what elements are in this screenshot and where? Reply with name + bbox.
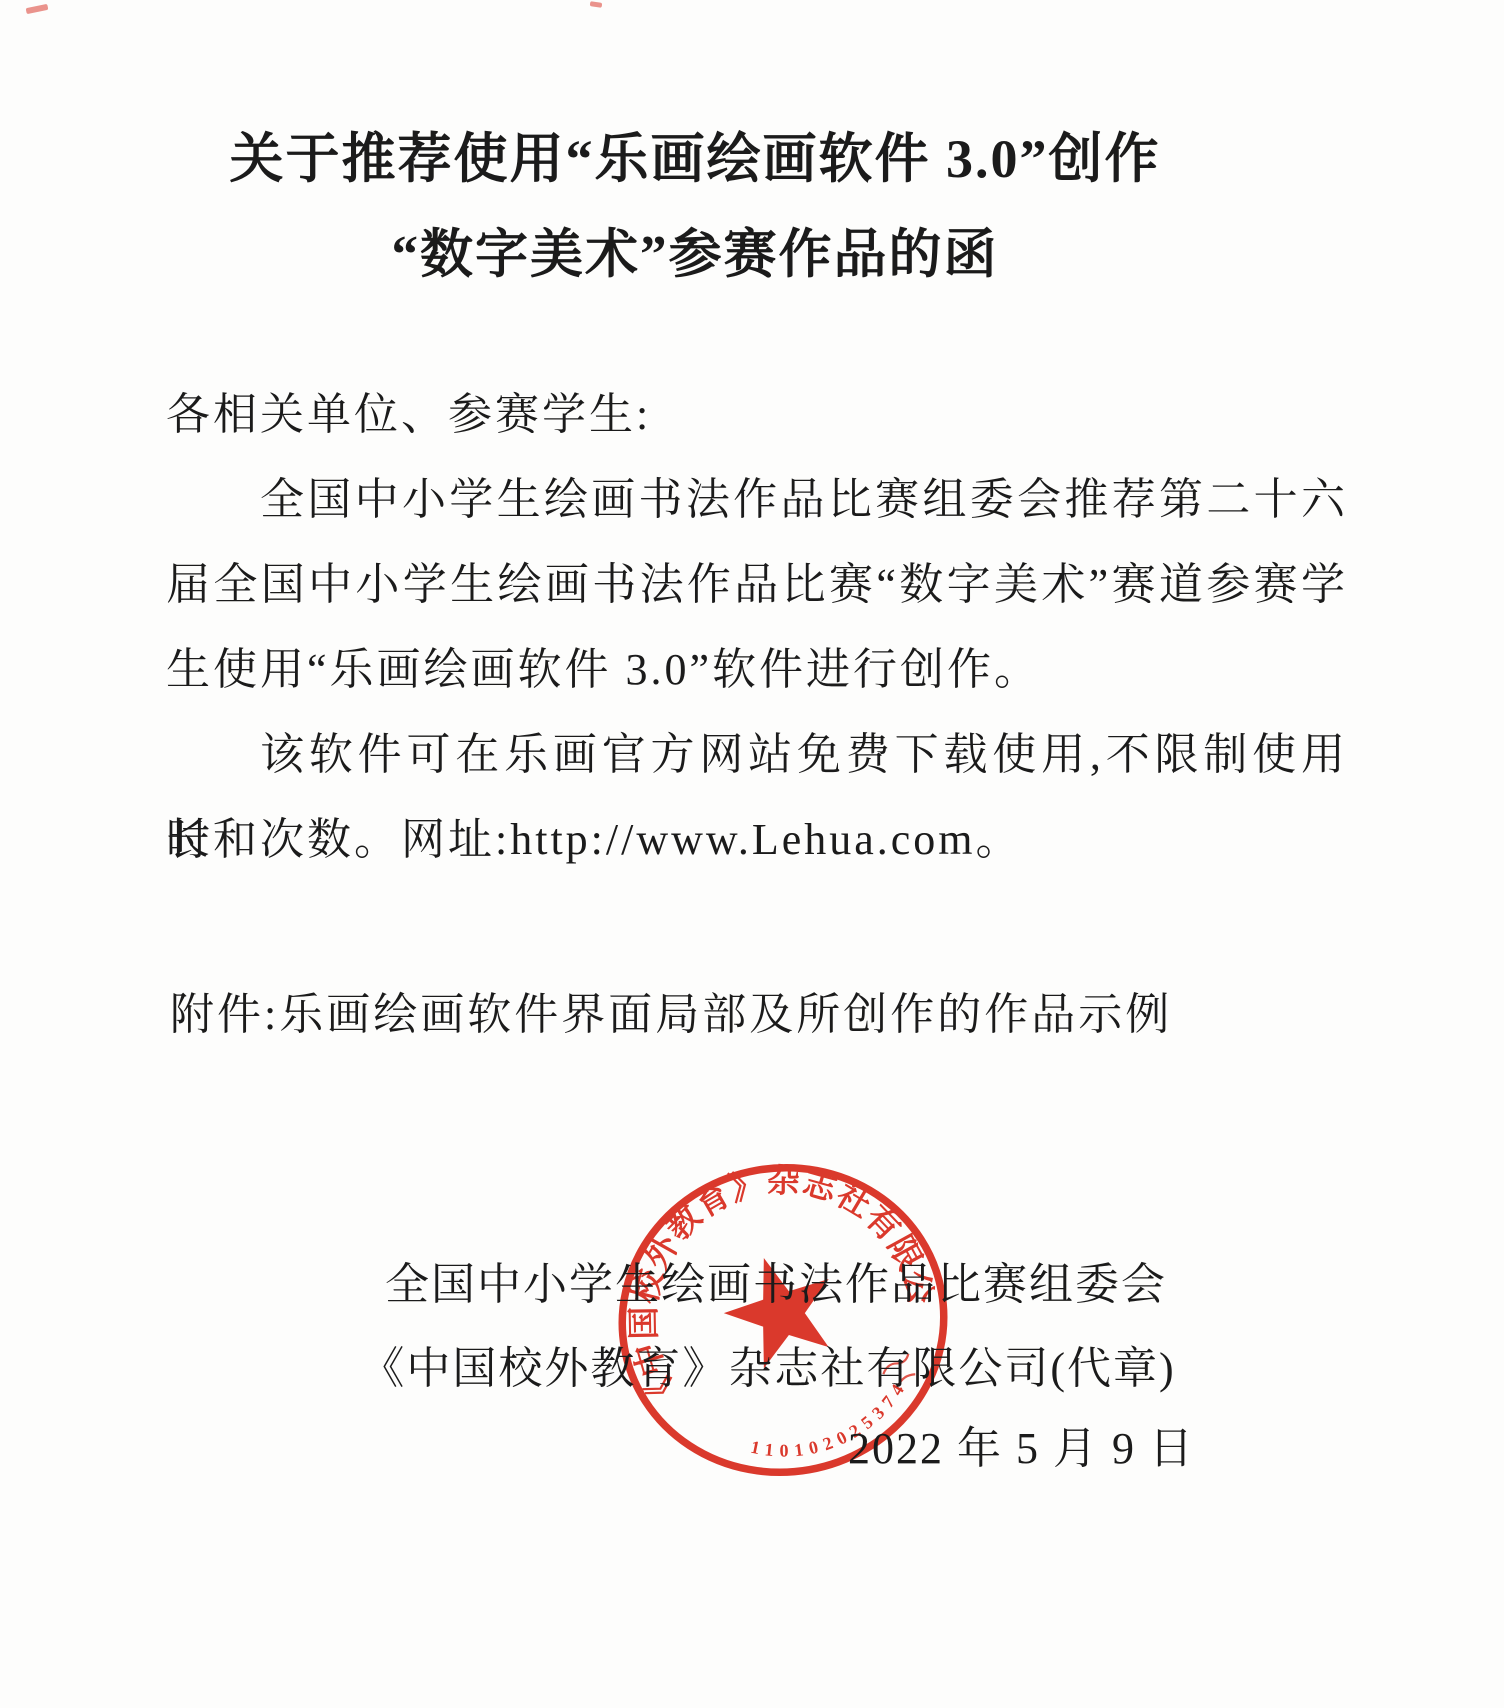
attachment-note: 附件:乐画绘画软件界面局部及所创作的作品示例 (170, 978, 1172, 1042)
scanned-letter-page: 关于推荐使用“乐画绘画软件 3.0”创作 “数字美术”参赛作品的函 各相关单位、… (0, 0, 1504, 1708)
scan-artifact (590, 1, 603, 8)
signature-date: 2022 年 5 月 9 日 (848, 1412, 1195, 1476)
salutation: 各相关单位、参赛学生: (166, 372, 1348, 457)
letter-title-line-1: 关于推荐使用“乐画绘画软件 3.0”创作 (0, 116, 1390, 193)
body-line: 该软件可在乐画官方网站免费下载使用,不限制使用时 (166, 712, 1348, 797)
letter-title-line-2: “数字美术”参赛作品的函 (0, 212, 1390, 288)
signature-issuer: 《中国校外教育》杂志社有限公司(代章) (16, 1332, 1504, 1396)
letter-body: 各相关单位、参赛学生: 全国中小学生绘画书法作品比赛组委会推荐第二十六 届全国中… (166, 372, 1348, 882)
body-line: 生使用“乐画绘画软件 3.0”软件进行创作。 (166, 627, 1348, 712)
signature-organization: 全国中小学生绘画书法作品比赛组委会 (24, 1248, 1504, 1312)
body-line-with-url: 长和次数。网址:http://www.Lehua.com。 (166, 797, 1348, 882)
body-line: 全国中小学生绘画书法作品比赛组委会推荐第二十六 (166, 457, 1348, 542)
scan-artifact (26, 4, 49, 14)
body-line: 届全国中小学生绘画书法作品比赛“数字美术”赛道参赛学 (166, 542, 1348, 627)
